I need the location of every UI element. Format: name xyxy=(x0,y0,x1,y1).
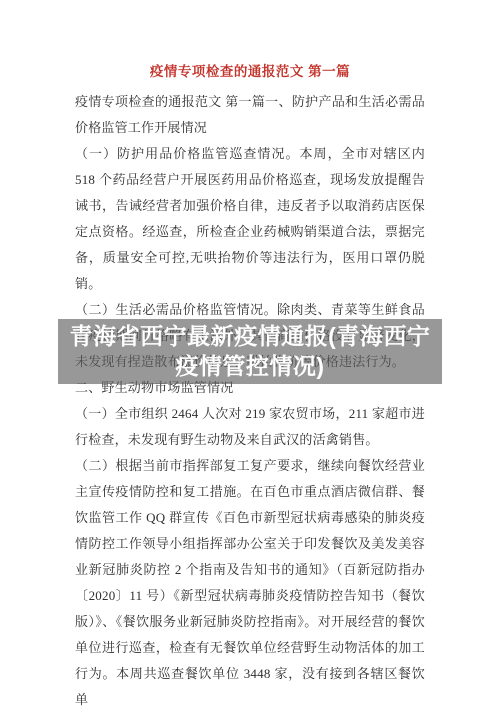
paragraph: （一）防护用品价格监管巡查情况。本周，全市对辖区内 518 个药品经营户开展医药… xyxy=(75,141,425,297)
overlay-banner-title: 青海省西宁最新疫情通报(青海西宁疫情管控情况) xyxy=(58,319,442,381)
paragraph: （二）根据当前市指挥部复工复产要求，继续向餐饮经营业主宣传疫情防控和复工措施。在… xyxy=(75,453,425,706)
paragraph: 疫情专项检查的通报范文 第一篇一、防护产品和生活必需品价格监管工作开展情况 xyxy=(75,89,425,141)
overlay-banner: 青海省西宁最新疫情通报(青海西宁疫情管控情况) xyxy=(58,319,442,384)
document-page: 疫情专项检查的通报范文 第一篇 疫情专项检查的通报范文 第一篇一、防护产品和生活… xyxy=(0,0,500,706)
paragraph: （一）全市组织 2464 人次对 219 家农贸市场，211 家超市进行检查，未… xyxy=(75,401,425,453)
document-body: 疫情专项检查的通报范文 第一篇一、防护产品和生活必需品价格监管工作开展情况（一）… xyxy=(75,89,425,706)
document-title: 疫情专项检查的通报范文 第一篇 xyxy=(0,63,500,80)
